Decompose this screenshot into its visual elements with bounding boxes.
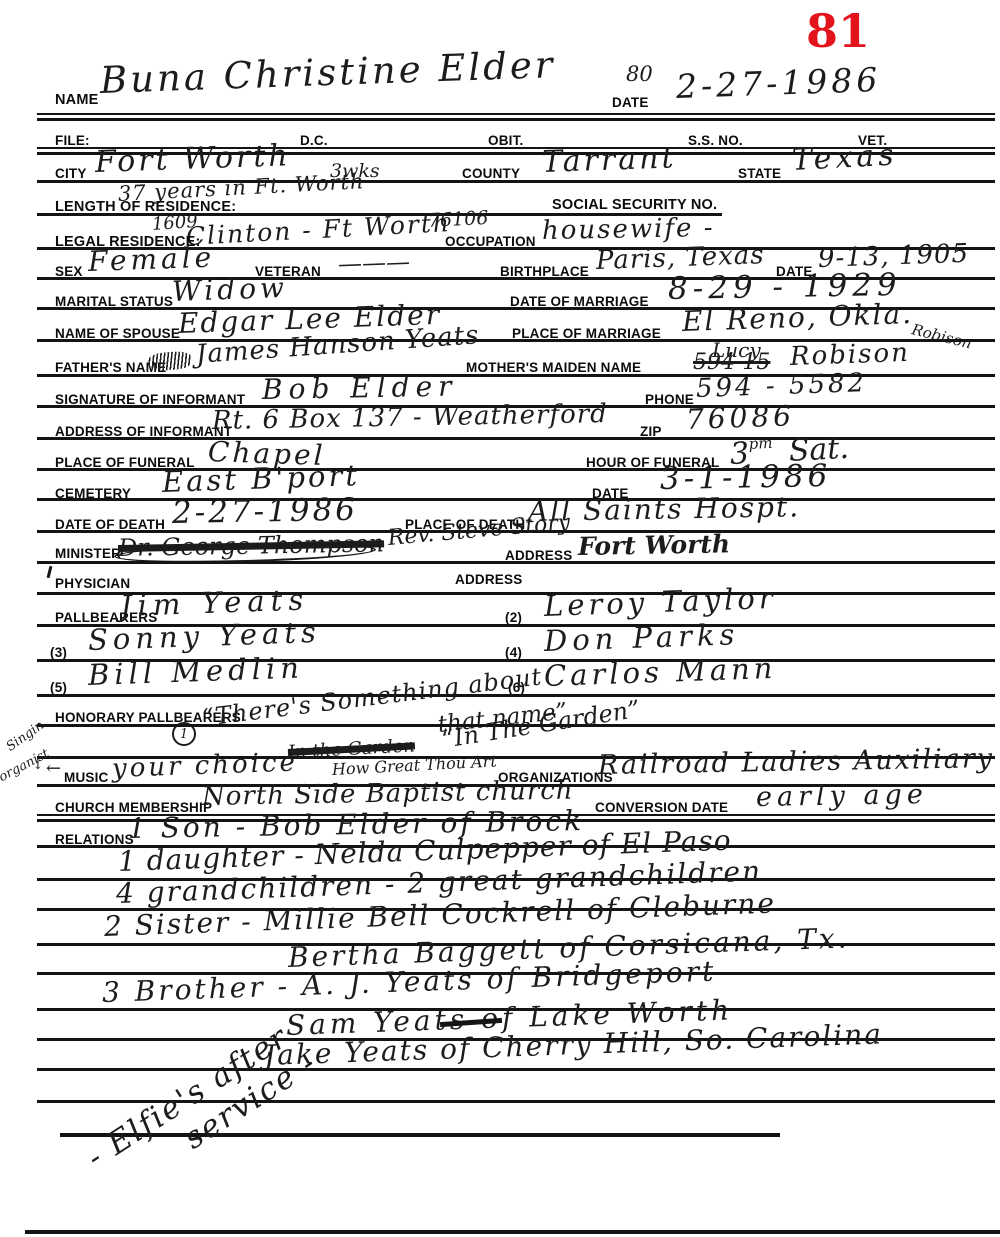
funeral-record-form: 81 NAME Buna Christine Elder 80 DATE 2-2…: [0, 0, 1000, 1237]
pallbearer-2: Leroy Taylor: [543, 584, 777, 621]
zip-value: 76086: [686, 402, 796, 434]
death-date-value: 2-27-1986: [172, 495, 359, 529]
pallbearer-5-number: (5): [50, 680, 67, 695]
page-edge-line: [25, 1230, 1000, 1234]
legal-zip-note: 76106: [428, 209, 489, 231]
pallbearer-5: Bill Medlin: [87, 653, 304, 690]
ink-mark: [47, 566, 53, 578]
footer-note: - Elfie's after service -: [82, 1021, 311, 1200]
pallbearer-4: Don Parks: [543, 620, 739, 656]
music-label: MUSIC: [64, 770, 109, 785]
obit-label: OBIT.: [488, 133, 524, 148]
veteran-mark: ———: [338, 249, 411, 275]
county-value: Tarrant: [541, 143, 676, 178]
date-label: DATE: [612, 95, 649, 110]
city-value: Fort Worth: [94, 141, 291, 178]
file-label: FILE:: [55, 133, 90, 148]
pallbearer-6: Carlos Mann: [543, 654, 776, 691]
county-label: COUNTY: [462, 166, 520, 181]
ssno-label: S.S. NO.: [688, 133, 743, 148]
social-security-label: SOCIAL SECURITY NO.: [552, 197, 717, 213]
rule-line: [37, 118, 995, 121]
marriage-place-overflow-note: Robison: [910, 322, 973, 351]
name-value: Buna Christine Elder: [99, 46, 556, 99]
occupation-value: housewife -: [542, 215, 715, 244]
scribble-mark: [147, 350, 192, 371]
organizations-value: Railroad Ladies Auxiliary: [598, 745, 995, 779]
city-label: CITY: [55, 166, 87, 181]
conversion-date-value: early age: [756, 781, 928, 811]
rule-line: [37, 694, 995, 697]
rule-line: [37, 561, 995, 564]
state-label: STATE: [738, 166, 781, 181]
mother-surname: Robison: [790, 340, 911, 370]
date-value: 2-27-1986: [675, 63, 881, 103]
dc-label: D.C.: [300, 133, 328, 148]
left-arrow-icon: ←: [46, 760, 61, 778]
phone-value: 594 - 5582: [696, 370, 868, 402]
pallbearer-4-number: (4): [505, 645, 522, 660]
page-number: 81: [806, 8, 870, 54]
age-note: 80: [626, 64, 653, 85]
informant-name: Bob Elder: [262, 373, 458, 404]
pallbearer-3-number: (3): [50, 645, 67, 660]
rule-line: [37, 437, 995, 440]
conversion-date-label: CONVERSION DATE: [595, 800, 728, 815]
sex-value: Female: [88, 244, 216, 276]
minister-address-value: Fort Worth: [578, 531, 731, 559]
pallbearer-2-number: (2): [505, 610, 522, 625]
mother-maiden-name-label: MOTHER'S MAIDEN NAME: [466, 360, 641, 375]
informant-address-value: Rt. 6 Box 137 - Weatherford: [212, 401, 608, 434]
state-value: Texas: [791, 140, 898, 175]
music-value: your choice: [112, 750, 299, 782]
marital-status-value: Widow: [172, 274, 289, 306]
pallbearer-3: Sonny Yeats: [87, 618, 321, 655]
burial-date-value: 3-1-1986: [660, 461, 832, 495]
physician-address-label: ADDRESS: [455, 572, 522, 587]
rule-line: [37, 1068, 995, 1071]
struck-text: 594-15: [693, 352, 770, 374]
minister-label: MINISTER: [55, 546, 121, 561]
rule-line: [37, 113, 995, 115]
name-label: NAME: [55, 92, 99, 108]
marriage-place-value: El Reno, Okla.: [682, 300, 914, 336]
